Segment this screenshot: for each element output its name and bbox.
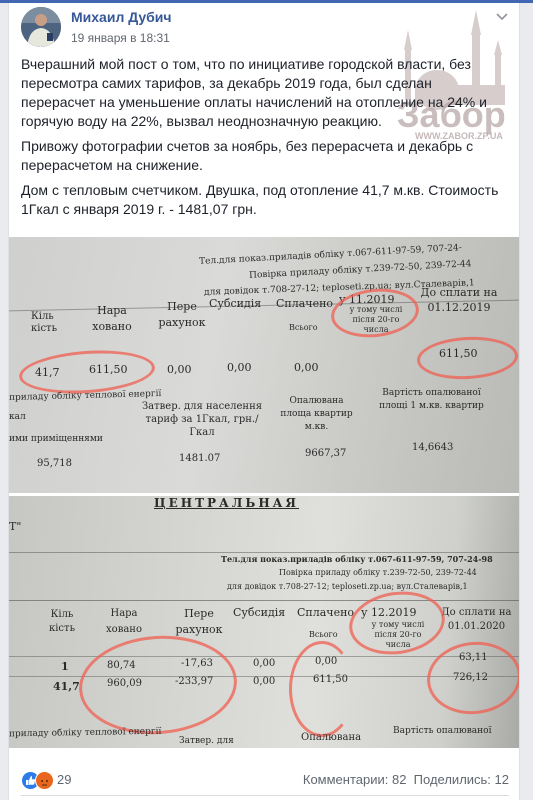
comments-count-link[interactable]: Комментарии: 82 — [303, 772, 407, 787]
annotation-circle — [423, 637, 519, 718]
annotation-circle — [76, 631, 240, 740]
reaction-count: 29 — [57, 772, 71, 787]
post-paragraph: Привожу фотографии счетов за ноябрь, без… — [21, 137, 501, 175]
author-avatar[interactable] — [21, 7, 61, 47]
shares-count-link[interactable]: Поделились: 12 — [414, 772, 509, 787]
bill-photo-december[interactable]: ЦЕНТРАЛЬНАЯ Т" Тел.для показ.приладів об… — [9, 496, 519, 748]
post-card: Забор WWW.ZABOR.ZP.UA Михаил Дубич 19 ян… — [8, 3, 520, 800]
page-gutter — [519, 3, 533, 800]
post-options-chevron-icon[interactable] — [495, 11, 509, 21]
post-paragraph: Вчерашний мой пост о том, что по инициат… — [21, 55, 501, 131]
post-text: Вчерашний мой пост о том, что по инициат… — [21, 55, 501, 225]
post-footer: 29 Комментарии: 82 Поделились: 12 — [9, 761, 519, 800]
post-paragraph: Дом с тепловым счетчиком. Двушка, под от… — [21, 181, 501, 219]
annotation-circle — [289, 641, 355, 737]
author-name-link[interactable]: Михаил Дубич — [71, 9, 172, 25]
angry-reaction-icon — [35, 771, 54, 790]
annotation-circle — [416, 334, 519, 381]
footer-divider — [21, 795, 509, 796]
bill-photo-november[interactable]: Тел.для показ.приладів обліку т.067-611-… — [9, 237, 519, 493]
post-timestamp[interactable]: 19 января в 18:31 — [71, 31, 170, 45]
engagement-stats: Комментарии: 82 Поделились: 12 — [303, 772, 509, 787]
